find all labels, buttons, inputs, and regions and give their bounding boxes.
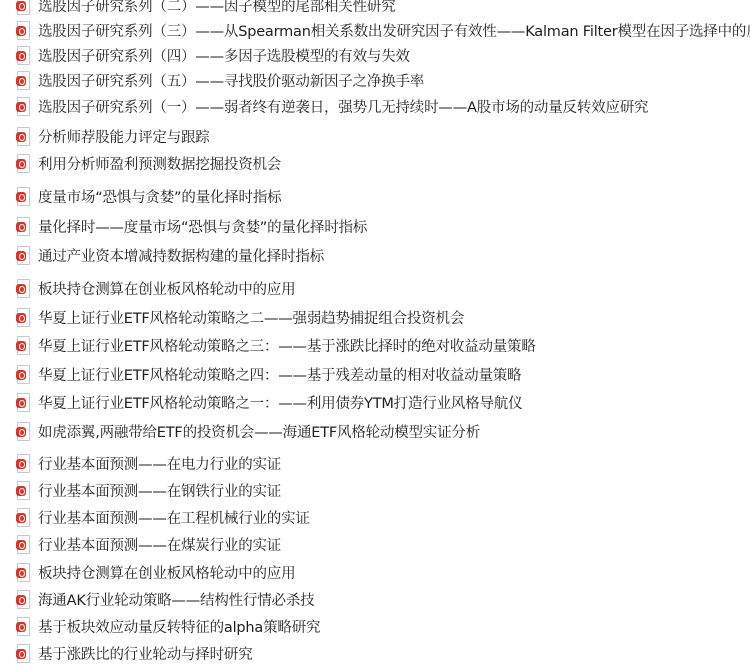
file-name: 华夏上证行业ETF风格轮动策略之三：——基于涨跌比择时的绝对收益动量策略 xyxy=(38,335,536,356)
file-item[interactable]: 行业基本面预测——在工程机械行业的实证 xyxy=(16,505,310,529)
file-name: 通过产业资本增减持数据构建的量化择时指标 xyxy=(38,245,324,266)
file-item[interactable]: 度量市场“恐惧与贪婪”的量化择时指标 xyxy=(16,184,281,208)
file-item[interactable]: 华夏上证行业ETF风格轮动策略之三：——基于涨跌比择时的绝对收益动量策略 xyxy=(16,333,536,357)
file-item[interactable]: 华夏上证行业ETF风格轮动策略之二——强弱趋势捕捉组合投资机会 xyxy=(16,305,464,329)
file-item[interactable]: 选股因子研究系列（四）——多因子选股模型的有效与失效 xyxy=(16,43,410,67)
file-name: 华夏上证行业ETF风格轮动策略之二——强弱趋势捕捉组合投资机会 xyxy=(38,307,464,328)
pdf-file-icon xyxy=(16,422,30,440)
pdf-file-icon xyxy=(16,508,30,526)
file-name: 利用分析师盈利预测数据挖掘投资机会 xyxy=(38,153,281,174)
file-item[interactable]: 选股因子研究系列（三）——从Spearman相关系数出发研究因子有效性——Kal… xyxy=(16,18,750,42)
file-name: 海通AK行业轮动策略——结构性行情必杀技 xyxy=(38,589,314,610)
file-item[interactable]: 华夏上证行业ETF风格轮动策略之四：——基于残差动量的相对收益动量策略 xyxy=(16,362,521,386)
file-name: 华夏上证行业ETF风格轮动策略之一：——利用债券YTM打造行业风格导航仪 xyxy=(38,392,522,413)
file-name: 度量市场“恐惧与贪婪”的量化择时指标 xyxy=(38,186,281,207)
pdf-file-icon xyxy=(16,246,30,264)
file-item[interactable]: 海通AK行业轮动策略——结构性行情必杀技 xyxy=(16,587,314,611)
pdf-file-icon xyxy=(16,21,30,39)
file-name: 行业基本面预测——在钢铁行业的实证 xyxy=(38,480,281,501)
file-item[interactable]: 分析师荐股能力评定与跟踪 xyxy=(16,124,210,148)
file-name: 选股因子研究系列（二）——因子模型的尾部相关性研究 xyxy=(38,0,396,16)
file-item[interactable]: 通过产业资本增减持数据构建的量化择时指标 xyxy=(16,243,324,267)
file-name: 选股因子研究系列（四）——多因子选股模型的有效与失效 xyxy=(38,45,410,66)
pdf-file-icon xyxy=(16,187,30,205)
pdf-file-icon xyxy=(16,46,30,64)
pdf-file-icon xyxy=(16,97,30,115)
pdf-file-icon xyxy=(16,308,30,326)
file-name: 基于涨跌比的行业轮动与择时研究 xyxy=(38,643,253,664)
file-name: 选股因子研究系列（三）——从Spearman相关系数出发研究因子有效性——Kal… xyxy=(38,20,750,41)
file-item[interactable]: 基于板块效应动量反转特征的alpha策略研究 xyxy=(16,614,320,638)
pdf-file-icon xyxy=(16,481,30,499)
pdf-file-icon xyxy=(16,217,30,235)
file-name: 板块持仓测算在创业板风格轮动中的应用 xyxy=(38,278,295,299)
file-name: 板块持仓测算在创业板风格轮动中的应用 xyxy=(38,562,295,583)
file-name: 选股因子研究系列（一）——弱者终有逆袭日，强势几无持续时——A股市场的动量反转效… xyxy=(38,96,648,117)
pdf-file-icon xyxy=(16,563,30,581)
pdf-file-icon xyxy=(16,365,30,383)
pdf-file-icon xyxy=(16,127,30,145)
file-name: 行业基本面预测——在工程机械行业的实证 xyxy=(38,507,310,528)
file-name: 分析师荐股能力评定与跟踪 xyxy=(38,126,210,147)
file-name: 如虎添翼,两融带给ETF的投资机会——海通ETF风格轮动模型实证分析 xyxy=(38,421,480,442)
file-name: 行业基本面预测——在电力行业的实证 xyxy=(38,453,281,474)
pdf-file-icon xyxy=(16,71,30,89)
file-item[interactable]: 基于涨跌比的行业轮动与择时研究 xyxy=(16,641,253,665)
file-name: 量化择时——度量市场“恐惧与贪婪”的量化择时指标 xyxy=(38,216,367,237)
file-item[interactable]: 选股因子研究系列（五）——寻找股价驱动新因子之净换手率 xyxy=(16,68,424,92)
file-item[interactable]: 量化择时——度量市场“恐惧与贪婪”的量化择时指标 xyxy=(16,214,367,238)
file-item[interactable]: 板块持仓测算在创业板风格轮动中的应用 xyxy=(16,560,295,584)
pdf-file-icon xyxy=(16,279,30,297)
file-name: 华夏上证行业ETF风格轮动策略之四：——基于残差动量的相对收益动量策略 xyxy=(38,364,521,385)
file-name: 选股因子研究系列（五）——寻找股价驱动新因子之净换手率 xyxy=(38,70,424,91)
pdf-file-icon xyxy=(16,0,30,14)
pdf-file-icon xyxy=(16,154,30,172)
pdf-file-icon xyxy=(16,454,30,472)
pdf-file-icon xyxy=(16,535,30,553)
file-item[interactable]: 如虎添翼,两融带给ETF的投资机会——海通ETF风格轮动模型实证分析 xyxy=(16,419,480,443)
file-name: 基于板块效应动量反转特征的alpha策略研究 xyxy=(38,616,320,637)
file-item[interactable]: 选股因子研究系列（二）——因子模型的尾部相关性研究 xyxy=(16,0,396,17)
file-item[interactable]: 行业基本面预测——在电力行业的实证 xyxy=(16,451,281,475)
file-item[interactable]: 选股因子研究系列（一）——弱者终有逆袭日，强势几无持续时——A股市场的动量反转效… xyxy=(16,94,648,118)
file-item[interactable]: 板块持仓测算在创业板风格轮动中的应用 xyxy=(16,276,295,300)
pdf-file-icon xyxy=(16,590,30,608)
pdf-file-icon xyxy=(16,336,30,354)
file-item[interactable]: 行业基本面预测——在钢铁行业的实证 xyxy=(16,478,281,502)
file-name: 行业基本面预测——在煤炭行业的实证 xyxy=(38,534,281,555)
pdf-file-icon xyxy=(16,393,30,411)
file-item[interactable]: 利用分析师盈利预测数据挖掘投资机会 xyxy=(16,151,281,175)
file-item[interactable]: 华夏上证行业ETF风格轮动策略之一：——利用债券YTM打造行业风格导航仪 xyxy=(16,390,522,414)
pdf-file-icon xyxy=(16,644,30,662)
pdf-file-icon xyxy=(16,617,30,635)
file-item[interactable]: 行业基本面预测——在煤炭行业的实证 xyxy=(16,532,281,556)
